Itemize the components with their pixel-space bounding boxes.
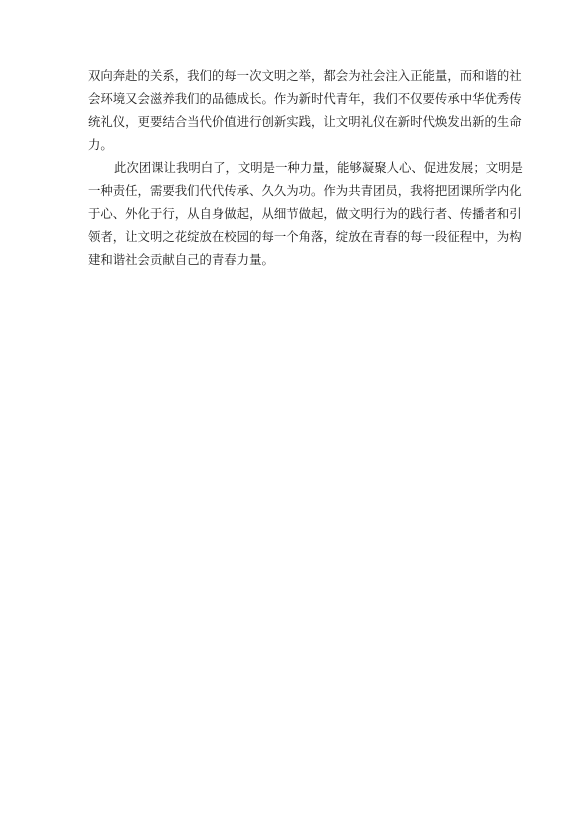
text-line: 统礼仪，更要结合当代价值进行创新实践，让文明礼仪在新时代焕发出新的生命 — [88, 110, 491, 133]
text-line: 一种责任，需要我们代代传承、久久为功。作为共青团员，我将把团课所学内化 — [88, 179, 491, 202]
text-line: 力。 — [88, 133, 491, 156]
text-line: 双向奔赴的关系，我们的每一次文明之举，都会为社会注入正能量，而和谐的社 — [88, 64, 491, 87]
text-line: 建和谐社会贡献自己的青春力量。 — [88, 248, 491, 271]
text-line: 于心、外化于行，从自身做起，从细节做起，做文明行为的践行者、传播者和引 — [88, 202, 491, 225]
paragraph-1: 双向奔赴的关系，我们的每一次文明之举，都会为社会注入正能量，而和谐的社 会环境又… — [88, 64, 491, 156]
text-line: 领者，让文明之花绽放在校园的每一个角落，绽放在青春的每一段征程中，为构 — [88, 225, 491, 248]
text-line: 此次团课让我明白了，文明是一种力量，能够凝聚人心、促进发展；文明是 — [88, 156, 491, 179]
document-body: 双向奔赴的关系，我们的每一次文明之举，都会为社会注入正能量，而和谐的社 会环境又… — [88, 64, 491, 271]
paragraph-2: 此次团课让我明白了，文明是一种力量，能够凝聚人心、促进发展；文明是 一种责任，需… — [88, 156, 491, 271]
text-line: 会环境又会滋养我们的品德成长。作为新时代青年，我们不仅要传承中华优秀传 — [88, 87, 491, 110]
document-page: 双向奔赴的关系，我们的每一次文明之举，都会为社会注入正能量，而和谐的社 会环境又… — [0, 0, 577, 815]
